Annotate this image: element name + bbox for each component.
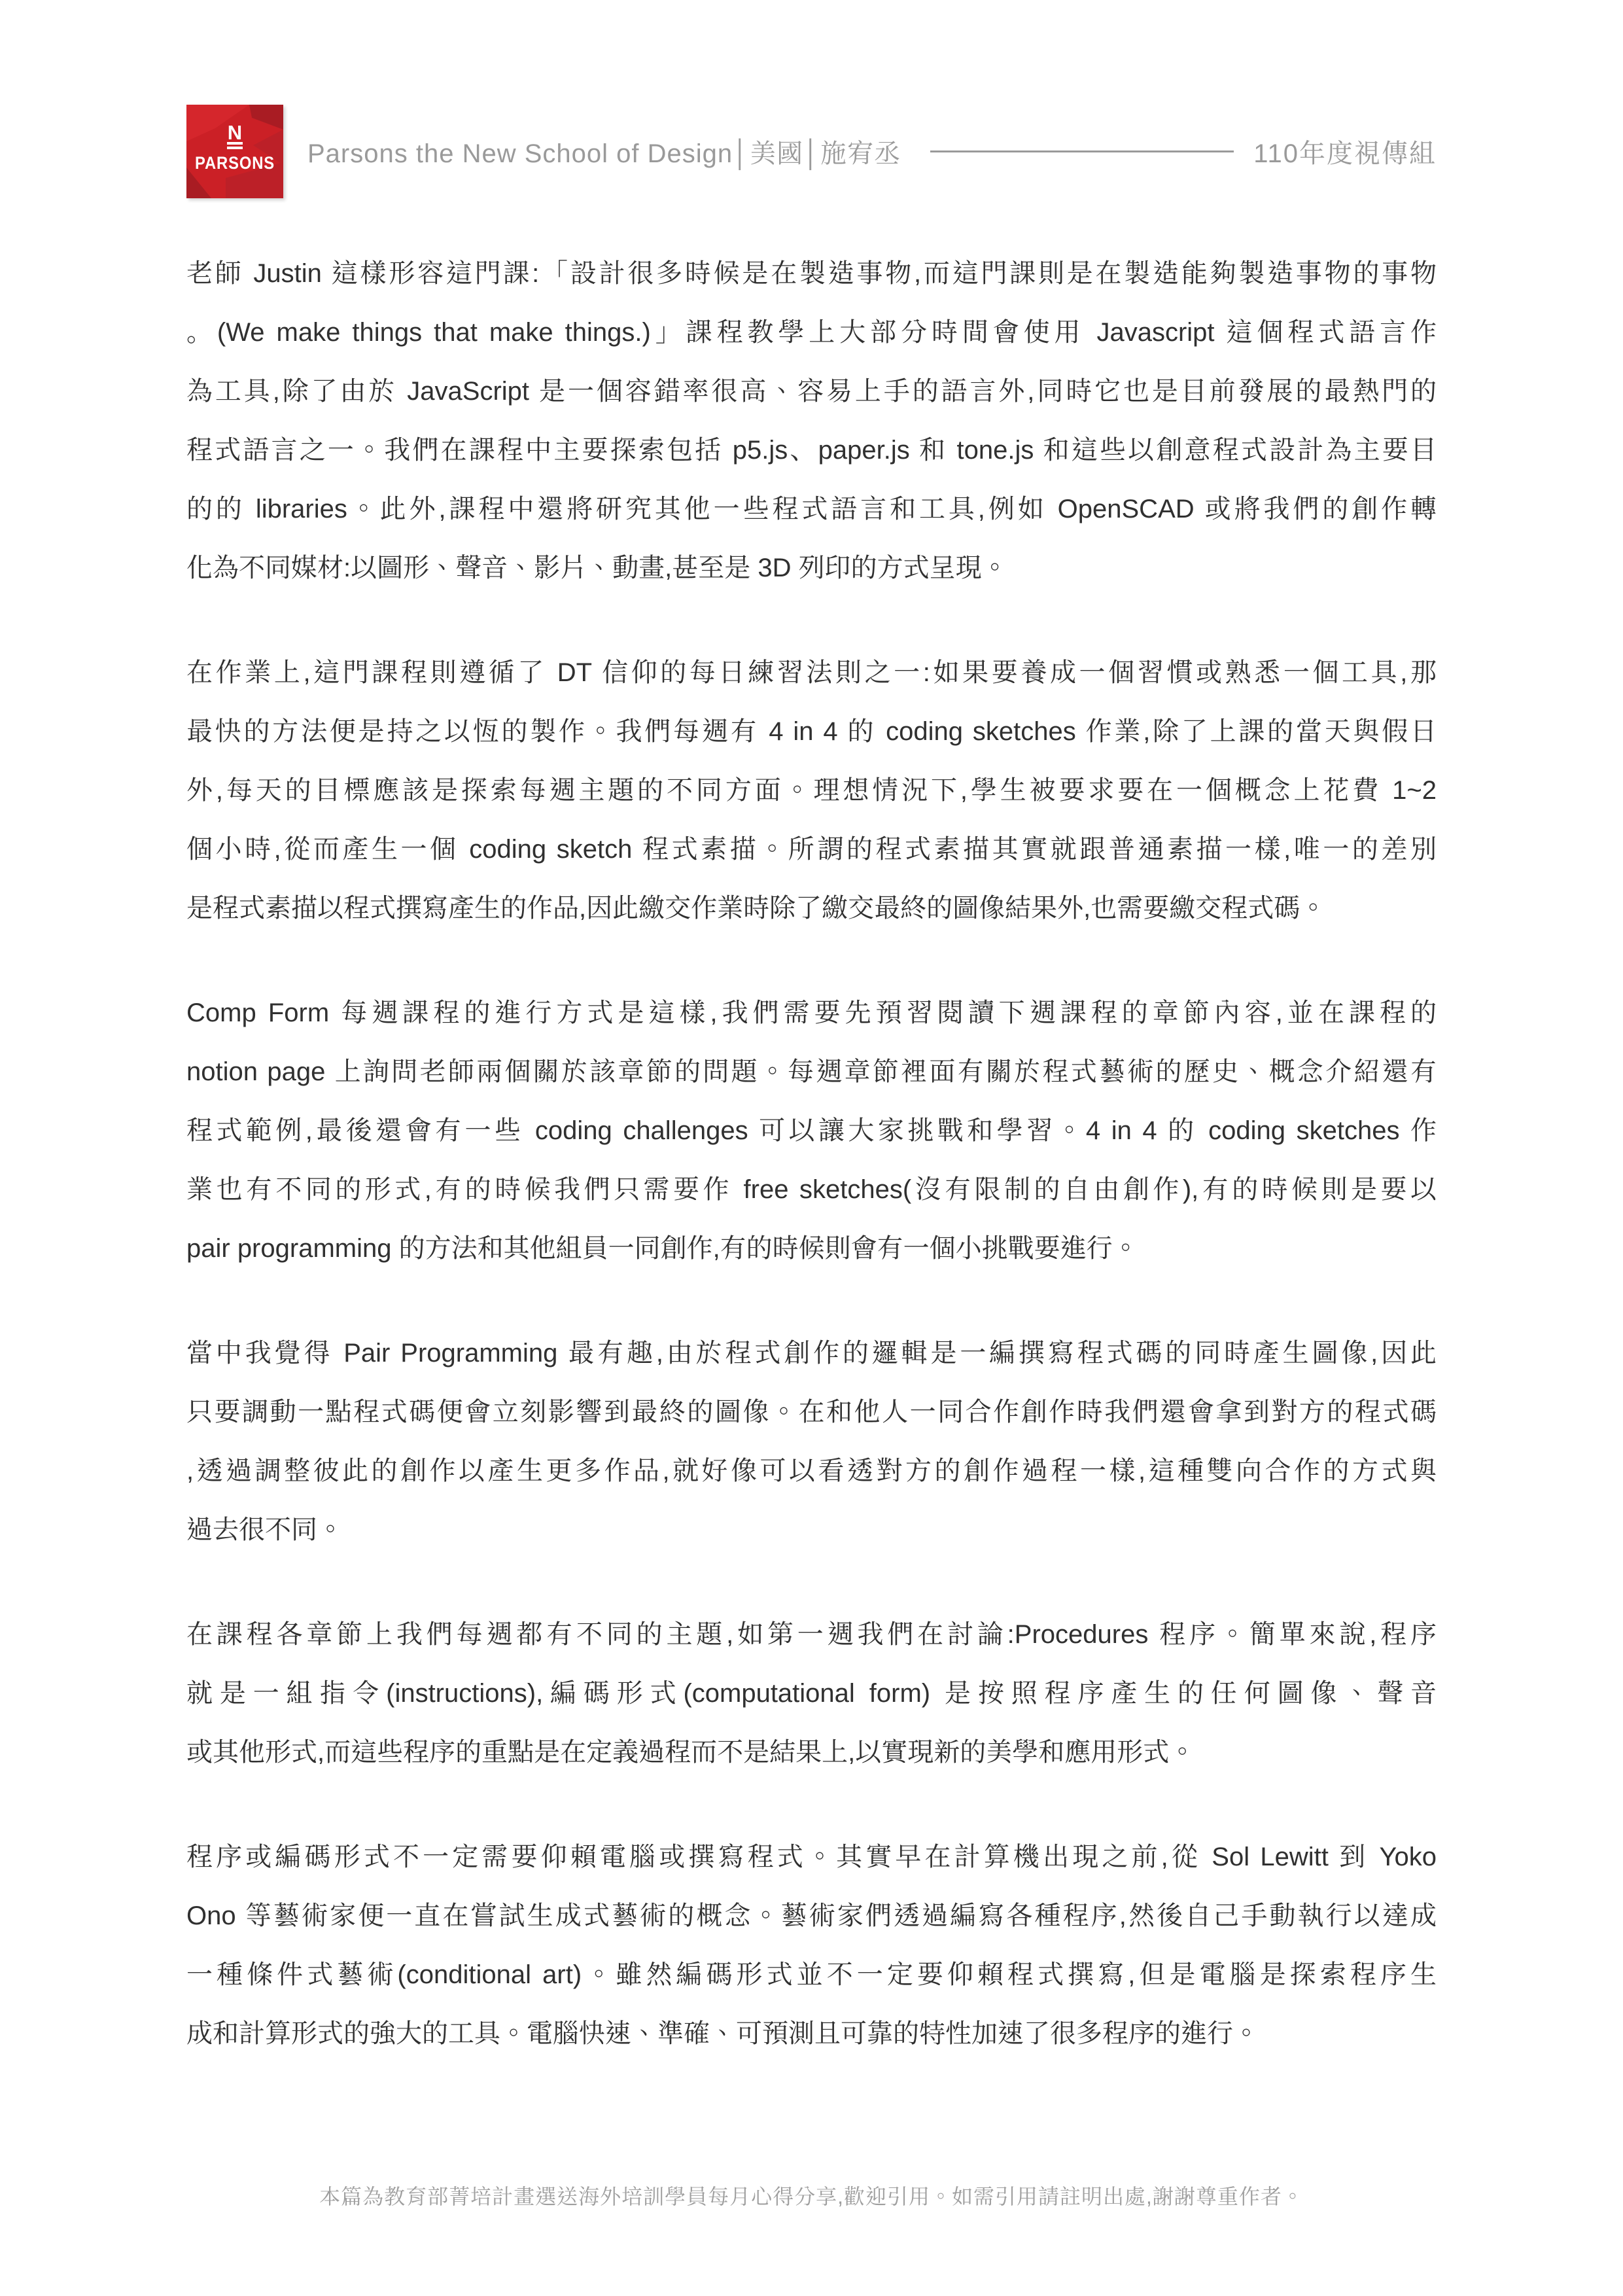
text-line: 在課程各章節上我們每週都有不同的主題,如第一週我們在討論:Procedures …: [186, 1605, 1437, 1664]
text-line: 化為不同媒材:以圖形、聲音、影片、動畫,甚至是 3D 列印的方式呈現。: [186, 539, 1437, 597]
text-line: ,透過調整彼此的創作以產生更多作品,就好像可以看透對方的創作過程一樣,這種雙向合…: [186, 1441, 1437, 1500]
text-line: Comp Form 每週課程的進行方式是這樣,我們需要先預習閱讀下週課程的章節內…: [186, 983, 1437, 1042]
page-header: N PARSONS Parsons the New School of Desi…: [186, 103, 1437, 200]
n-underline-bar: [227, 147, 243, 149]
parsons-logo-graphic: N PARSONS: [186, 105, 283, 198]
text-line: 成和計算形式的強大的工具。電腦快速、準確、可預測且可靠的特性加速了很多程序的進行…: [186, 2004, 1437, 2063]
text-line: 程式語言之一。我們在課程中主要探索包括 p5.js、paper.js 和 ton…: [186, 421, 1437, 480]
text-line: 的的 libraries。此外,課程中還將研究其他一些程式語言和工具,例如 Op…: [186, 480, 1437, 539]
paragraph: 程序或編碼形式不一定需要仰賴電腦或撰寫程式。其實早在計算機出現之前,從 Sol …: [186, 1828, 1437, 2063]
text-line: 老師 Justin 這樣形容這門課:「設計很多時候是在製造事物,而這門課則是在製…: [186, 244, 1437, 303]
paragraph: 當中我覺得 Pair Programming 最有趣,由於程式創作的邏輯是一編撰…: [186, 1324, 1437, 1559]
parsons-wordmark: PARSONS: [195, 153, 275, 173]
footer-note: 本篇為教育部菁培計畫選送海外培訓學員每月心得分享,歡迎引用。如需引用請註明出處,…: [319, 2185, 1304, 2208]
paragraph: 老師 Justin 這樣形容這門課:「設計很多時候是在製造事物,而這門課則是在製…: [186, 244, 1437, 597]
article-body: 老師 Justin 這樣形容這門課:「設計很多時候是在製造事物,而這門課則是在製…: [186, 244, 1437, 2063]
text-line: 是程式素描以程式撰寫產生的作品,因此繳交作業時除了繳交最終的圖像結果外,也需要繳…: [186, 879, 1437, 938]
text-line: 在作業上,這門課程則遵循了 DT 信仰的每日練習法則之一:如果要養成一個習慣或熟…: [186, 643, 1437, 702]
text-line: 最快的方法便是持之以恆的製作。我們每週有 4 in 4 的 coding ske…: [186, 702, 1437, 761]
paragraph: Comp Form 每週課程的進行方式是這樣,我們需要先預習閱讀下週課程的章節內…: [186, 983, 1437, 1278]
text-line: 一種條件式藝術(conditional art)。雖然編碼形式並不一定要仰賴程式…: [186, 1945, 1437, 2004]
text-line: 就是一組指令(instructions),編碼形式(computational …: [186, 1664, 1437, 1723]
text-line: 過去很不同。: [186, 1500, 1437, 1559]
text-line: Ono 等藝術家便一直在嘗試生成式藝術的概念。藝術家們透過編寫各種程序,然後自己…: [186, 1886, 1437, 1945]
paragraph: 在作業上,這門課程則遵循了 DT 信仰的每日練習法則之一:如果要養成一個習慣或熟…: [186, 643, 1437, 938]
page-footer: 本篇為教育部菁培計畫選送海外培訓學員每月心得分享,歡迎引用。如需引用請註明出處,…: [0, 2180, 1623, 2210]
text-line: notion page 上詢問老師兩個關於該章節的問題。每週章節裡面有關於程式藝…: [186, 1042, 1437, 1101]
text-line: 業也有不同的形式,有的時候我們只需要作 free sketches(沒有限制的自…: [186, 1160, 1437, 1219]
text-line: pair programming 的方法和其他組員一同創作,有的時候則會有一個小…: [186, 1219, 1437, 1278]
header-year-group: 110年度視傳組: [1253, 133, 1437, 170]
text-line: 外,每天的目標應該是探索每週主題的不同方面。理想情況下,學生被要求要在一個概念上…: [186, 761, 1437, 820]
header-divider-line: [930, 150, 1234, 152]
text-line: 。(We make things that make things.)」課程教學…: [186, 303, 1437, 362]
text-line: 為工具,除了由於 JavaScript 是一個容錯率很高、容易上手的語言外,同時…: [186, 362, 1437, 421]
text-line: 或其他形式,而這些程序的重點是在定義過程而不是結果上,以實現新的美學和應用形式。: [186, 1723, 1437, 1782]
text-line: 個小時,從而產生一個 coding sketch 程式素描。所謂的程式素描其實就…: [186, 820, 1437, 879]
parsons-logo: N PARSONS: [186, 105, 283, 198]
page: N PARSONS Parsons the New School of Desi…: [0, 0, 1623, 2296]
header-title: Parsons the New School of Design│美國│施宥丞: [307, 133, 901, 170]
new-school-n-mark: N: [228, 121, 242, 144]
paragraph: 在課程各章節上我們每週都有不同的主題,如第一週我們在討論:Procedures …: [186, 1605, 1437, 1782]
text-line: 當中我覺得 Pair Programming 最有趣,由於程式創作的邏輯是一編撰…: [186, 1324, 1437, 1383]
text-line: 只要調動一點程式碼便會立刻影響到最終的圖像。在和他人一同合作創作時我們還會拿到對…: [186, 1383, 1437, 1441]
text-line: 程序或編碼形式不一定需要仰賴電腦或撰寫程式。其實早在計算機出現之前,從 Sol …: [186, 1828, 1437, 1886]
text-line: 程式範例,最後還會有一些 coding challenges 可以讓大家挑戰和學…: [186, 1101, 1437, 1160]
n-underline-bar: [227, 142, 243, 145]
